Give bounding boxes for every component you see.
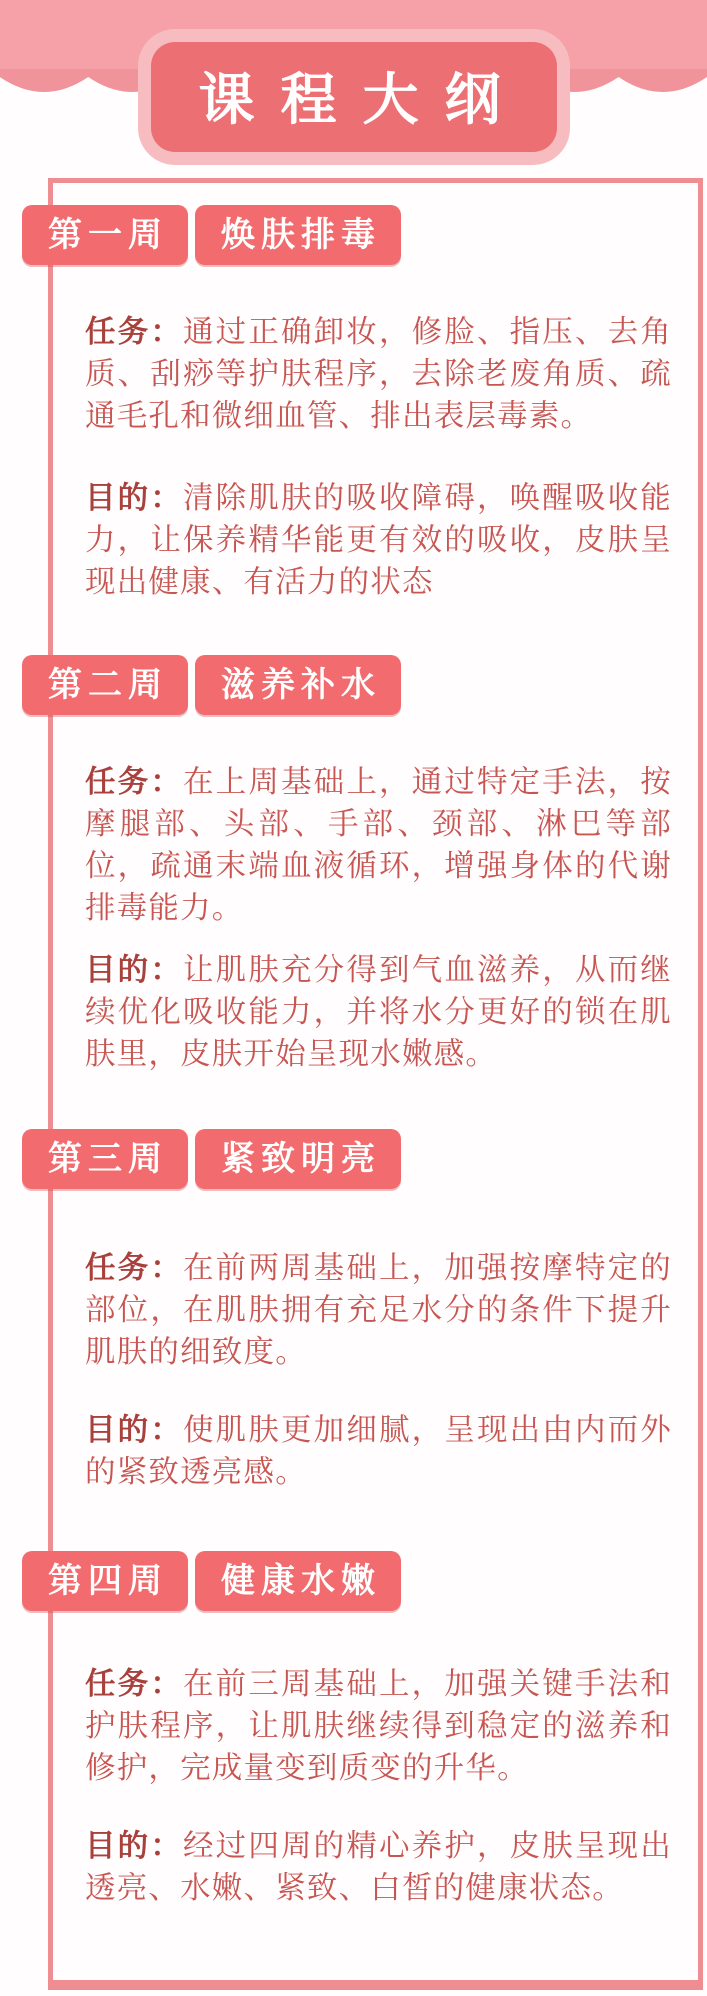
badge-row-week-4: 第四周 健康水嫩 <box>22 1551 672 1611</box>
content-frame: 第一周 焕肤排毒 任务：通过正确卸妆，修脸、指压、去角质、刮痧等护肤程序，去除老… <box>48 178 703 1990</box>
badge-row-week-2: 第二周 滋养补水 <box>22 655 672 715</box>
goal-label: 目的： <box>85 953 183 987</box>
badge-row-week-1: 第一周 焕肤排毒 <box>22 205 672 265</box>
page-title-text: 课程大纲 <box>199 68 527 131</box>
goal-paragraph: 目的：让肌肤充分得到气血滋养，从而继续优化吸收能力，并将水分更好的锁在肌肤里，皮… <box>85 949 672 1075</box>
page-title: 课程大纲 <box>151 42 557 152</box>
goal-paragraph: 目的：清除肌肤的吸收障碍，唤醒吸收能力，让保养精华能更有效的吸收，皮肤呈现出健康… <box>85 477 672 603</box>
goal-paragraph: 目的：使肌肤更加细腻，呈现出由内而外的紧致透亮感。 <box>85 1409 672 1493</box>
task-paragraph: 任务：在前三周基础上，加强关键手法和护肤程序，让肌肤继续得到稳定的滋养和修护，完… <box>85 1663 672 1789</box>
goal-label: 目的： <box>85 1413 183 1447</box>
section-week-2: 第二周 滋养补水 任务：在上周基础上，通过特定手法，按摩腿部、头部、手部、颈部、… <box>53 655 698 1075</box>
week-badge: 第一周 <box>22 205 188 265</box>
goal-label: 目的： <box>85 481 183 515</box>
week-badge: 第四周 <box>22 1551 188 1611</box>
goal-label: 目的： <box>85 1829 183 1863</box>
topic-badge: 健康水嫩 <box>195 1551 401 1611</box>
task-paragraph: 任务：在前两周基础上，加强按摩特定的部位，在肌肤拥有充足水分的条件下提升肌肤的细… <box>85 1247 672 1373</box>
task-label: 任务： <box>85 1251 183 1285</box>
goal-paragraph: 目的：经过四周的精心养护，皮肤呈现出透亮、水嫩、紧致、白皙的健康状态。 <box>85 1825 672 1909</box>
task-label: 任务： <box>85 1667 183 1701</box>
task-paragraph: 任务：通过正确卸妆，修脸、指压、去角质、刮痧等护肤程序，去除老废角质、疏通毛孔和… <box>85 311 672 437</box>
topic-badge: 焕肤排毒 <box>195 205 401 265</box>
task-paragraph: 任务：在上周基础上，通过特定手法，按摩腿部、头部、手部、颈部、淋巴等部位，疏通末… <box>85 761 672 929</box>
task-label: 任务： <box>85 315 183 349</box>
task-label: 任务： <box>85 765 183 799</box>
course-outline-poster: 课程大纲 第一周 焕肤排毒 任务：通过正确卸妆，修脸、指压、去角质、刮痧等护肤程… <box>0 0 707 1996</box>
week-badge: 第二周 <box>22 655 188 715</box>
topic-badge: 紧致明亮 <box>195 1129 401 1189</box>
section-week-4: 第四周 健康水嫩 任务：在前三周基础上，加强关键手法和护肤程序，让肌肤继续得到稳… <box>53 1551 698 1909</box>
section-week-1: 第一周 焕肤排毒 任务：通过正确卸妆，修脸、指压、去角质、刮痧等护肤程序，去除老… <box>53 205 698 603</box>
badge-row-week-3: 第三周 紧致明亮 <box>22 1129 672 1189</box>
topic-badge: 滋养补水 <box>195 655 401 715</box>
section-week-3: 第三周 紧致明亮 任务：在前两周基础上，加强按摩特定的部位，在肌肤拥有充足水分的… <box>53 1129 698 1493</box>
week-badge: 第三周 <box>22 1129 188 1189</box>
